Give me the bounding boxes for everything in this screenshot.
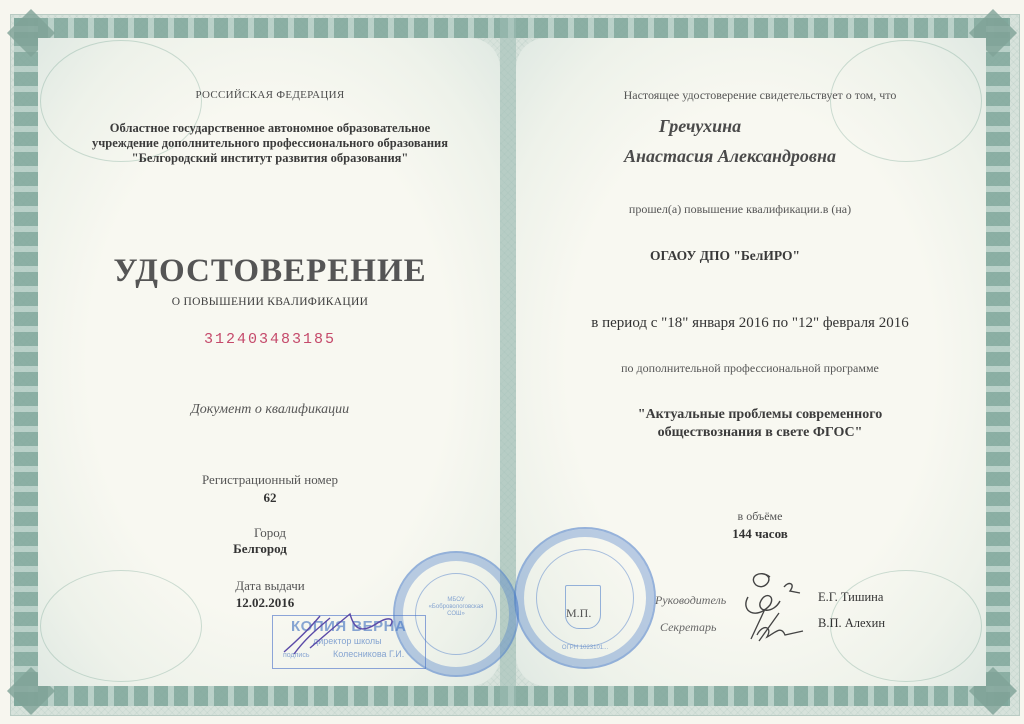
certificate-sheet: РОССИЙСКАЯ ФЕДЕРАЦИЯ Областное государст… — [0, 0, 1024, 724]
volume-label: в объёме — [660, 509, 860, 524]
registration-number: 62 — [160, 490, 380, 506]
signatory-name-secretary: В.П. Алехин — [818, 616, 885, 631]
border-left — [14, 18, 38, 706]
program-intro: по дополнительной профессиональной прогр… — [560, 361, 940, 376]
program-title-line-1: "Актуальные проблемы современного — [580, 406, 940, 423]
program-title-line-2: обществознания в свете ФГОС" — [580, 424, 940, 441]
city-label: Город — [160, 525, 380, 541]
intro-text: Настоящее удостоверение свидетельствует … — [560, 88, 960, 103]
document-type: Документ о квалификации — [120, 402, 420, 418]
serial-number: 312403483185 — [120, 331, 420, 348]
document-title: УДОСТОВЕРЕНИЕ — [100, 253, 440, 290]
signature-copy-icon — [280, 608, 410, 660]
seal-mark: М.П. — [566, 606, 591, 621]
school-seal: МБОУ «Бобровологовская СОШ» — [393, 551, 519, 677]
city-value: Белгород — [150, 541, 370, 557]
institution-line-2: учреждение дополнительного профессиональ… — [80, 136, 460, 151]
country-heading: РОССИЙСКАЯ ФЕДЕРАЦИЯ — [120, 89, 420, 101]
completed-text: прошел(а) повышение квалификации.в (на) — [600, 202, 880, 217]
signatory-role-director: Руководитель — [655, 593, 726, 608]
signatory-role-secretary: Секретарь — [660, 620, 716, 635]
registration-label: Регистрационный номер — [160, 472, 380, 488]
recipient-given-names: Анастасия Александровна — [600, 146, 860, 167]
training-period: в период с "18" января 2016 по "12" февр… — [560, 315, 940, 332]
signatory-name-director: Е.Г. Тишина — [818, 590, 883, 605]
issue-date-label: Дата выдачи — [160, 578, 380, 594]
department-seal-ogrn: ОГРН 1023101... — [526, 645, 644, 651]
school-seal-center-text: МБОУ «Бобровологовская СОШ» — [423, 597, 489, 618]
signature-secretary-icon — [745, 605, 815, 645]
volume-value: 144 часов — [660, 526, 860, 542]
institution-line-3: "Белгородский институт развития образова… — [80, 151, 460, 166]
institution-line-1: Областное государственное автономное обр… — [80, 121, 460, 136]
organization: ОГАОУ ДПО "БелИРО" — [600, 248, 850, 264]
border-right — [986, 18, 1010, 706]
document-subtitle: О ПОВЫШЕНИИ КВАЛИФИКАЦИИ — [100, 296, 440, 308]
recipient-surname: Гречухина — [600, 116, 800, 137]
